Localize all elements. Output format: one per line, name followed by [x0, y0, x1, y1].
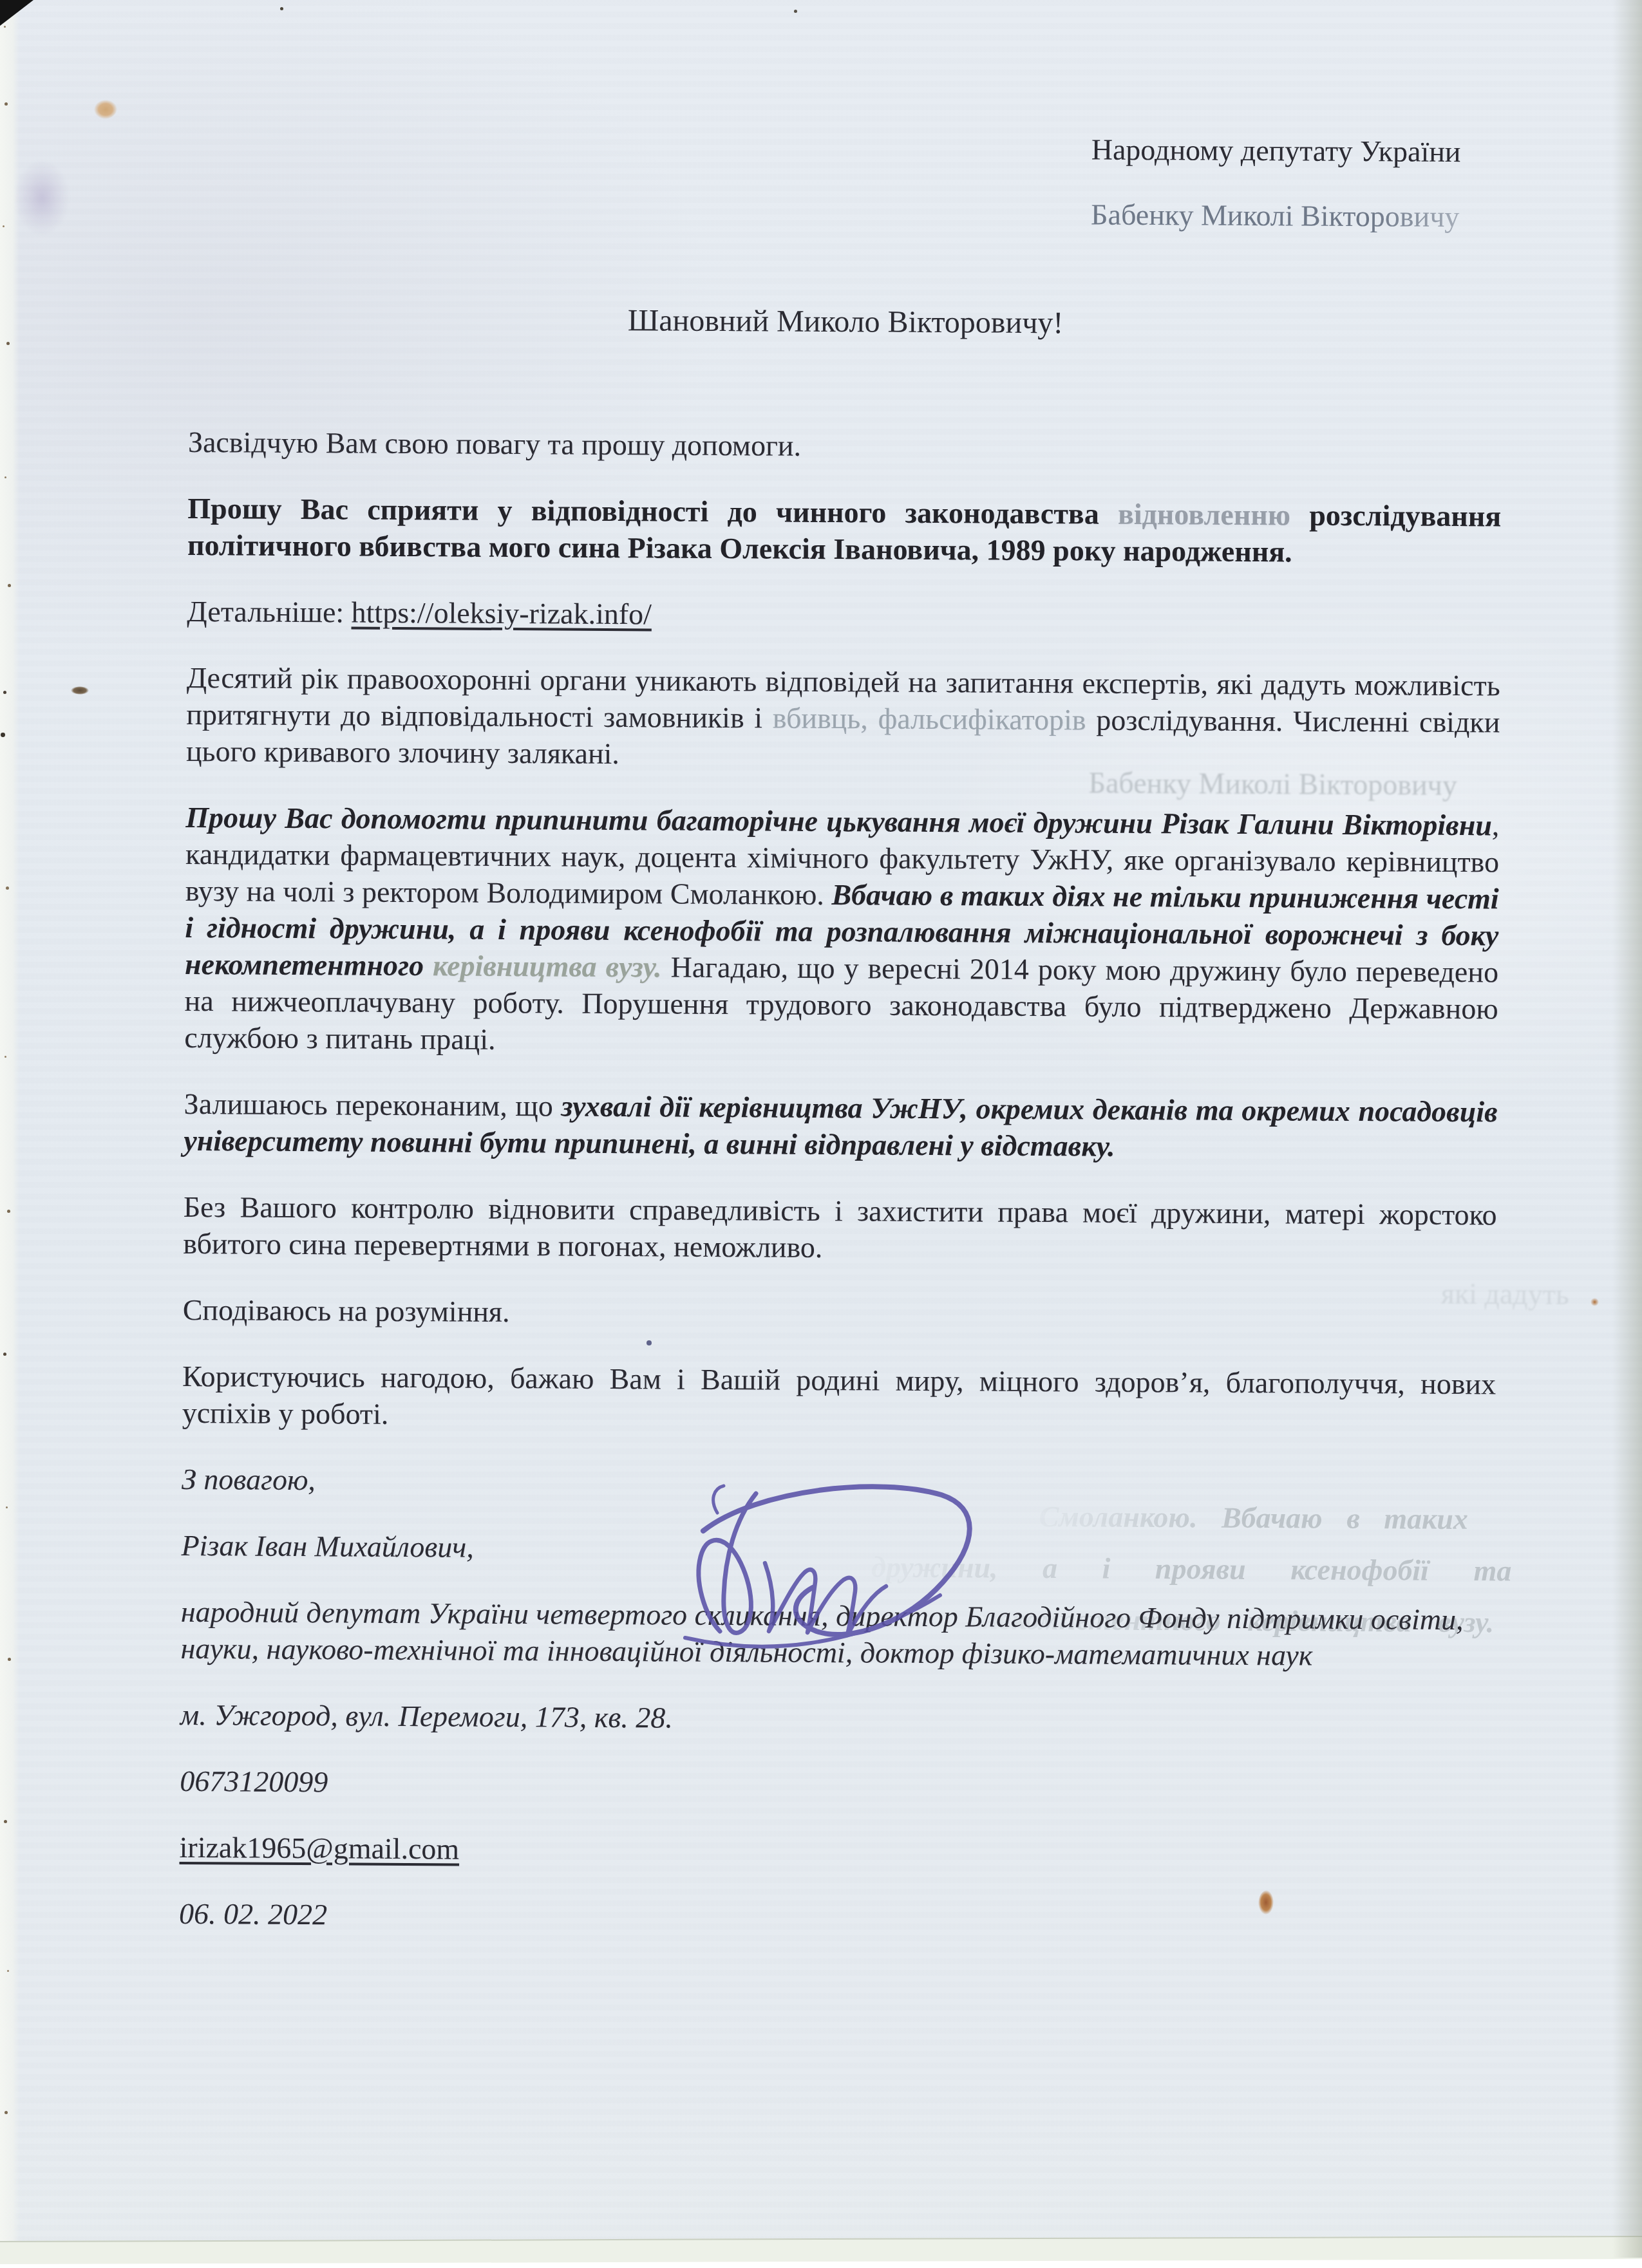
- paragraph: Детальніше: https://oleksiy-rizak.info/: [187, 593, 1500, 637]
- text-segment: Детальніше:: [187, 595, 352, 629]
- paragraph: Засвідчую Вам свою повагу та прошу допом…: [188, 424, 1502, 468]
- paragraph: Прошу Вас допомогти припинити багаторічн…: [184, 799, 1499, 1064]
- paragraph: Користуючись нагодою, бажаю Вам і Вашій …: [182, 1358, 1496, 1439]
- paragraph: 06. 02. 2022: [179, 1895, 1493, 1940]
- salutation: Шановний Миколо Вікторовичу!: [189, 299, 1502, 344]
- text-segment: Без Вашого контролю відновити справедлив…: [183, 1190, 1497, 1264]
- paragraph: irizak1965@gmail.com: [179, 1829, 1493, 1873]
- paragraph: м. Ужгород, вул. Перемоги, 173, кв. 28.: [180, 1696, 1494, 1741]
- text-segment: вбивць, фальсифікаторів: [773, 702, 1086, 736]
- letter-content: Народному депутату України Бабенку Микол…: [179, 126, 1504, 1969]
- scanned-letter-page: Бабенку Миколі Вікторовичуякі дадутьСмол…: [0, 0, 1642, 2258]
- paragraph: 0673120099: [180, 1763, 1493, 1807]
- text-segment: Прошу Вас допомогти припинити багаторічн…: [185, 801, 1492, 841]
- recipient-block: Народному депутату України Бабенку Микол…: [1091, 131, 1504, 236]
- signature-ink: [551, 1472, 996, 1671]
- text-segment: Залишаюсь переконаним, що: [184, 1087, 561, 1123]
- paragraph: Прошу Вас сприяти у відповідності до чин…: [187, 490, 1502, 571]
- text-segment: Сподіваюсь на розуміння.: [183, 1293, 510, 1328]
- text-segment: З повагою,: [182, 1463, 316, 1496]
- text-segment: м. Ужгород, вул. Перемоги, 173, кв. 28.: [180, 1698, 673, 1734]
- text-segment: Користуючись нагодою, бажаю Вам і Вашій …: [182, 1360, 1496, 1430]
- text-segment: irizak1965@gmail.com: [180, 1831, 460, 1866]
- text-segment: відновленню: [1118, 498, 1290, 532]
- paragraph: Десятий рік правоохоронні органи уникают…: [186, 659, 1500, 777]
- paragraph: Без Вашого контролю відновити справедлив…: [183, 1188, 1497, 1270]
- text-segment: Різак Іван Михайлович,: [181, 1529, 474, 1564]
- paragraph: Сподіваюсь на розуміння.: [183, 1291, 1496, 1336]
- text-segment: 0673120099: [180, 1765, 328, 1798]
- text-segment: Засвідчую Вам свою повагу та прошу допом…: [188, 426, 801, 462]
- text-segment: керівництва вузу.: [433, 949, 662, 983]
- letter-body: Засвідчую Вам свою повагу та прошу допом…: [179, 424, 1502, 1940]
- recipient-line-2: Бабенку Миколі Вікторовичу: [1091, 196, 1503, 236]
- text-segment: 06. 02. 2022: [179, 1897, 327, 1931]
- letter-link: https://oleksiy-rizak.info/: [352, 596, 652, 631]
- text-segment: Прошу Вас сприяти у відповідності до чин…: [187, 492, 1118, 530]
- paragraph: Залишаюсь переконаним, що зухвалі дії ке…: [184, 1085, 1498, 1167]
- recipient-line-1: Народному депутату України: [1091, 131, 1504, 171]
